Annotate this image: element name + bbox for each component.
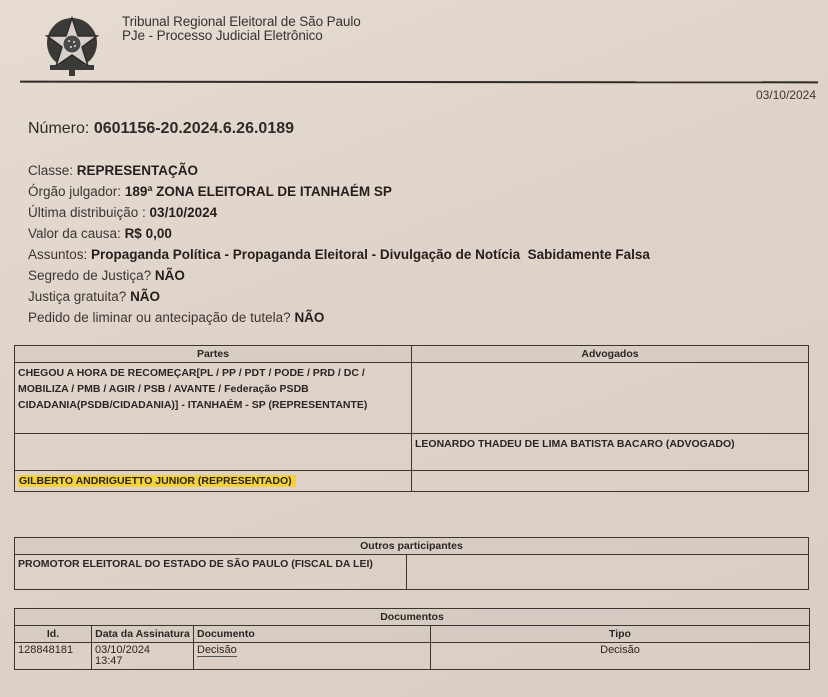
system-name: PJe - Processo Judicial Eletrônico [122, 29, 361, 43]
col-advogados: Advogados [412, 346, 809, 363]
field-ultima-distribuicao: Última distribuição : 03/10/2024 [28, 202, 650, 223]
field-segredo-justica: Segredo de Justiça? NÃO [28, 265, 650, 286]
print-date: 03/10/2024 [756, 88, 816, 102]
documentos-table: Documentos Id. Data da Assinatura Docume… [14, 608, 810, 670]
outros-participantes-table: Outros participantes PROMOTOR ELEITORAL … [14, 537, 809, 590]
court-name: Tribunal Regional Eleitoral de São Paulo [122, 15, 361, 29]
field-classe: Classe: REPRESENTAÇÃO [28, 160, 650, 181]
col-id: Id. [15, 626, 92, 643]
table-row: GILBERTO ANDRIGUETTO JUNIOR (REPRESENTAD… [15, 471, 809, 492]
highlighted-party: GILBERTO ANDRIGUETTO JUNIOR (REPRESENTAD… [18, 475, 296, 487]
field-assuntos: Assuntos: Propaganda Política - Propagan… [28, 244, 650, 265]
brazil-coat-of-arms-icon [38, 10, 106, 78]
table-row: 128848181 03/10/202413:47 Decisão Decisã… [15, 643, 810, 670]
col-tipo: Tipo [431, 626, 810, 643]
col-partes: Partes [15, 346, 412, 363]
process-info: Classe: REPRESENTAÇÃO Órgão julgador: 18… [28, 160, 650, 328]
field-justica-gratuita: Justiça gratuita? NÃO [28, 286, 650, 307]
process-number-value: 0601156-20.2024.6.26.0189 [94, 120, 294, 137]
process-number: Número: 0601156-20.2024.6.26.0189 [28, 120, 294, 138]
document-link[interactable]: Decisão [197, 644, 237, 657]
col-data: Data da Assinatura [92, 626, 194, 643]
col-documento: Documento [194, 626, 431, 643]
partes-table: Partes Advogados CHEGOU A HORA DE RECOME… [14, 345, 809, 492]
document-header: Tribunal Regional Eleitoral de São Paulo… [38, 10, 818, 78]
documentos-header: Documentos [15, 609, 810, 626]
table-row: PROMOTOR ELEITORAL DO ESTADO DE SÃO PAUL… [15, 555, 809, 590]
table-row: CHEGOU A HORA DE RECOMEÇAR[PL / PP / PDT… [15, 363, 809, 434]
field-orgao-julgador: Órgão julgador: 189ª ZONA ELEITORAL DE I… [28, 181, 650, 202]
field-pedido-liminar: Pedido de liminar ou antecipação de tute… [28, 307, 650, 328]
header-divider [20, 81, 818, 84]
table-row: LEONARDO THADEU DE LIMA BATISTA BACARO (… [15, 434, 809, 471]
outros-header: Outros participantes [15, 538, 809, 555]
field-valor-causa: Valor da causa: R$ 0,00 [28, 223, 650, 244]
